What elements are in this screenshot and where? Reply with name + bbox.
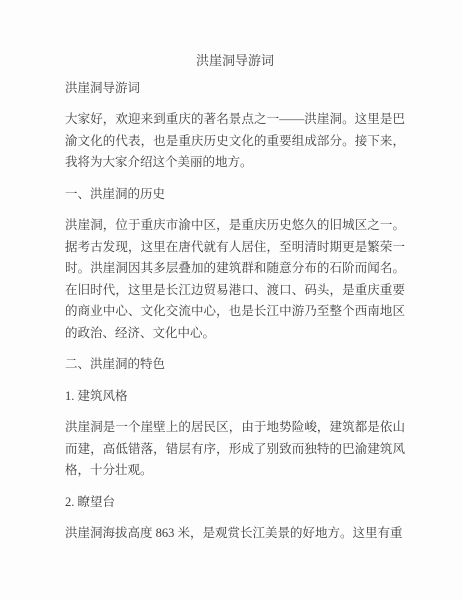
history-paragraph: 洪崖洞，位于重庆市渝中区，是重庆历史悠久的旧城区之一。据考古发现，这里在唐代就有…	[65, 215, 405, 344]
document-title: 洪崖洞导游词	[65, 50, 405, 72]
document-page: 洪崖洞导游词 洪崖洞导游词 大家好，欢迎来到重庆的著名景点之一——洪崖洞。这里是…	[0, 0, 463, 600]
intro-paragraph: 大家好，欢迎来到重庆的著名景点之一——洪崖洞。这里是巴渝文化的代表，也是重庆历史…	[65, 109, 405, 174]
subheading-lookout-platform: 2. 瞭望台	[65, 492, 405, 514]
section-heading-features: 二、洪崖洞的特色	[65, 354, 405, 376]
document-subtitle: 洪崖洞导游词	[65, 78, 405, 100]
lookout-paragraph: 洪崖洞海拔高度 863 米，是观赏长江美景的好地方。这里有重	[65, 523, 405, 545]
subheading-architecture-style: 1. 建筑风格	[65, 386, 405, 408]
document-body: 洪崖洞导游词 洪崖洞导游词 大家好，欢迎来到重庆的著名景点之一——洪崖洞。这里是…	[65, 50, 405, 555]
section-heading-history: 一、洪崖洞的历史	[65, 184, 405, 206]
architecture-paragraph: 洪崖洞是一个崖壁上的居民区，由于地势险峻，建筑都是依山而建，高低错落，错层有序，…	[65, 417, 405, 482]
